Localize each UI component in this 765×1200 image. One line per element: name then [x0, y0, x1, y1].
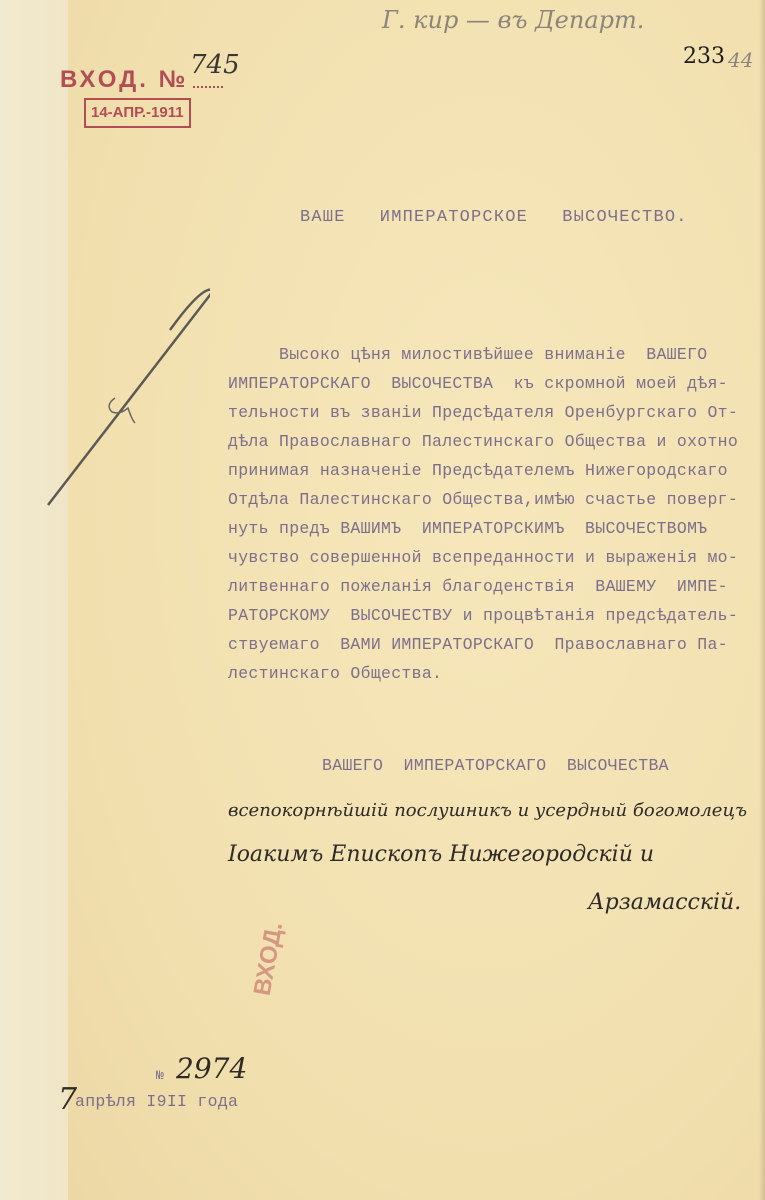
body-line: лестинскаго Общества. [228, 664, 442, 683]
body-line: РАТОРСКОМУ ВЫСОЧЕСТВУ и процвѣтанiя пред… [228, 606, 738, 625]
folio-pencil-suffix: 44 [728, 48, 753, 72]
document-paper [68, 0, 765, 1200]
incoming-number-handwritten: 745 [190, 50, 240, 80]
body-line: ИМПЕРАТОРСКАГО ВЫСОЧЕСТВА къ скромной мо… [228, 374, 728, 393]
stamp-dotted-line [193, 86, 223, 88]
outgoing-number-handwritten: 2974 [176, 1052, 247, 1085]
body-line: чувство совершенной всепреданности и выр… [228, 548, 738, 567]
signature-line-3: Арзамасскiй. [588, 890, 741, 915]
signature-line-2: Іоакимъ Епископъ Нижегородскiй и [228, 842, 654, 867]
outgoing-date-typed: апрѣля I9II года [75, 1092, 238, 1111]
incoming-date-stamp: 14-АПР.-1911 [84, 98, 191, 128]
signature-line-1: всепокорнѣйшiй послушникъ и усердный бог… [228, 800, 747, 821]
outgoing-number-label: № [156, 1068, 164, 1083]
folio-number: 233 [683, 44, 725, 69]
body-line: принимая назначенiе Предсѣдателемъ Нижег… [228, 461, 728, 480]
body-line: тельности въ званiи Предсѣдателя Оренбур… [228, 403, 738, 422]
body-line: ствуемаго ВАМИ ИМПЕРАТОРСКАГО Православн… [228, 635, 728, 654]
page-left-margin-strip [0, 0, 68, 1200]
body-line: литвеннаго пожеланiя благоденствiя ВАШЕМ… [228, 577, 728, 596]
body-line: дѣла Православнаго Палестинскаго Обществ… [228, 432, 738, 451]
closing-formula: ВАШЕГО ИМПЕРАТОРСКАГО ВЫСОЧЕСТВА [322, 756, 669, 775]
body-line: Высоко цѣня милостивѣйшее вниманiе ВАШЕГ… [228, 345, 707, 364]
pencil-annotation: Г. кир — въ Департ. [382, 6, 644, 34]
body-line: нуть предъ ВАШИМЪ ИМПЕРАТОРСКИМЪ ВЫСОЧЕС… [228, 519, 707, 538]
page-right-edge-shadow [759, 0, 765, 1200]
margin-resolution-mark-icon [20, 280, 210, 510]
body-line: Отдѣла Палестинскаго Общества,имѣю счаст… [228, 490, 738, 509]
incoming-stamp-label: ВХОД. № [60, 66, 188, 94]
salutation-heading: ВАШЕ ИМПЕРАТОРСКОЕ ВЫСОЧЕСТВО. [300, 208, 688, 227]
